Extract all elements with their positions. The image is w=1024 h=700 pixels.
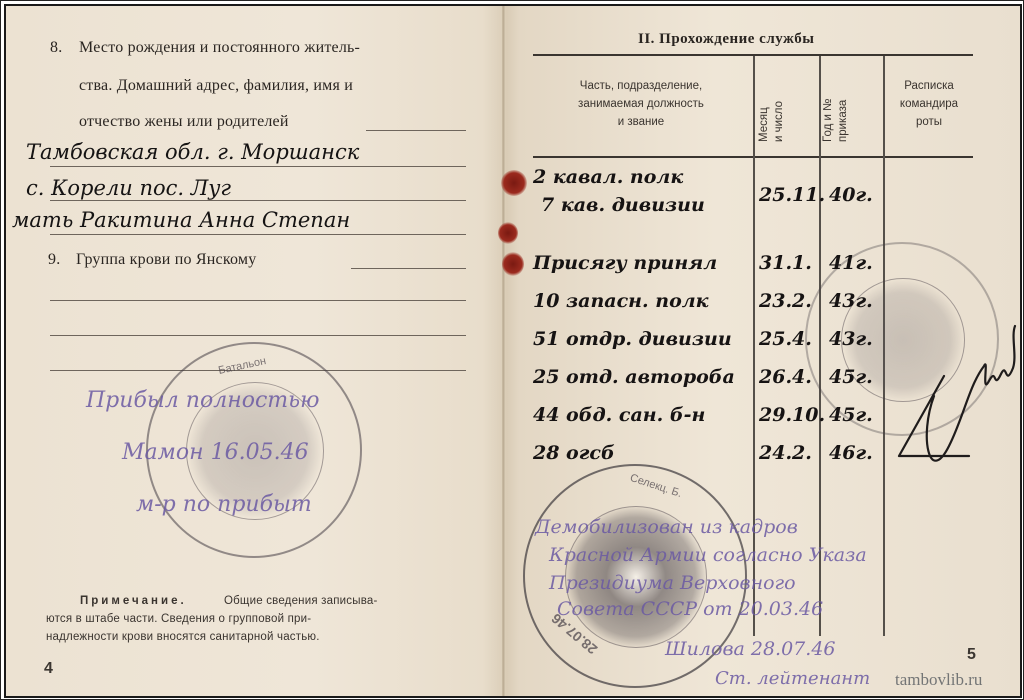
row-month-day: 24.2. <box>759 444 812 463</box>
note-line-1: Общие сведения записыва- <box>224 596 378 608</box>
violet-demob-line-6: Ст. лейтенант <box>715 670 870 688</box>
row-unit: 10 запасн. полк <box>533 292 709 311</box>
field-9-number: 9. <box>48 252 60 268</box>
column-header-unit-line-2: занимаемая должность <box>543 96 739 114</box>
row-unit: 44 обд. сан. б-н <box>533 406 705 425</box>
row-year-order: 45г. <box>829 368 873 387</box>
row-year-order: 45г. <box>829 406 873 425</box>
row-unit: Присягу принял <box>533 254 717 273</box>
note-line-3: надлежности крови вносятся санитарной ча… <box>46 632 320 644</box>
field-8-line-3 <box>50 234 466 235</box>
left-page: 8. Место рождения и постоянного житель- … <box>6 6 503 696</box>
stamp-ring-text: Батальон <box>217 355 267 377</box>
row-month-day: 25.11. <box>759 186 825 205</box>
column-header-unit-line-3: и звание <box>543 114 739 132</box>
right-page: II. Прохождение службы Часть, подразделе… <box>505 6 1020 696</box>
row-month-day: 31.1. <box>759 254 812 273</box>
field-8-line-2 <box>50 200 466 201</box>
row-unit: 28 огсб <box>533 444 615 463</box>
column-header-signature: Расписка командира роты <box>883 78 975 131</box>
violet-annotation-line-3: м-р по прибыт <box>136 494 312 516</box>
note-heading: Примечание. <box>80 596 187 608</box>
handwritten-address-line-2: с. Корели пос. Луг <box>26 178 231 199</box>
row-year-order: 40г. <box>829 186 873 205</box>
column-header-year-order-line-1: Год и № <box>821 99 836 142</box>
handwritten-address-line-1: Тамбовская обл. г. Моршанск <box>26 142 359 163</box>
column-header-unit: Часть, подразделение, занимаемая должнос… <box>543 78 739 131</box>
row-unit: 2 кавал. полк <box>533 168 683 187</box>
column-header-month-day-line-2: и число <box>772 101 787 142</box>
violet-annotation-line-1: Прибыл полностью <box>86 390 319 412</box>
column-header-month-day: Месяц и число <box>757 101 787 142</box>
watermark: tambovlib.ru <box>895 670 982 690</box>
row-unit: 51 отдр. дивизии <box>533 330 732 349</box>
blank-line-2 <box>50 335 466 336</box>
violet-demob-line-1: Демобилизован из кадров <box>535 518 798 537</box>
commander-signature <box>889 296 1019 486</box>
row-year-order: 46г. <box>829 444 873 463</box>
column-header-unit-line-1: Часть, подразделение, <box>543 78 739 96</box>
note-line-2: ются в штабе части. Сведения о групповой… <box>46 614 311 626</box>
image-frame: 8. Место рождения и постоянного житель- … <box>0 0 1024 700</box>
violet-annotation-line-2: Мамон 16.05.46 <box>122 442 309 464</box>
left-page-number: 4 <box>44 660 53 678</box>
row-unit: 25 отд. автороба <box>533 368 735 387</box>
field-8-label-line-3: отчество жены или родителей <box>79 114 289 130</box>
field-8-number: 8. <box>50 40 62 56</box>
field-8-line-1 <box>50 166 466 167</box>
column-header-signature-line-3: роты <box>883 114 975 132</box>
row-month-day: 26.4. <box>759 368 812 387</box>
violet-demob-line-3: Президиума Верховного <box>549 574 796 593</box>
violet-demob-line-4: Совета СССР от 20.03.46 <box>557 600 823 619</box>
field-9-underline <box>351 268 466 269</box>
blank-line-1 <box>50 300 466 301</box>
row-year-order: 41г. <box>829 254 873 273</box>
field-8-label-line-2: ства. Домашний адрес, фамилия, имя и <box>79 78 353 94</box>
column-header-signature-line-1: Расписка <box>883 78 975 96</box>
row-year-order: 43г. <box>829 292 873 311</box>
column-header-month-day-line-1: Месяц <box>757 101 772 142</box>
row-month-day: 25.4. <box>759 330 812 349</box>
row-month-day: 29.10. <box>759 406 825 425</box>
stamp-ring-text: Селекц. Б. <box>628 472 683 500</box>
row-month-day: 23.2. <box>759 292 812 311</box>
violet-demob-line-5: Шилова 28.07.46 <box>665 640 836 659</box>
row-unit: 7 кав. дивизии <box>541 196 705 215</box>
handwritten-address-line-3: мать Ракитина Анна Степан <box>12 210 350 231</box>
column-header-year-order: Год и № приказа <box>821 99 851 142</box>
right-page-number: 5 <box>967 646 976 664</box>
section-title: II. Прохождение службы <box>638 32 814 47</box>
violet-demob-line-2: Красной Армии согласно Указа <box>549 546 867 565</box>
field-8-underline <box>366 130 466 131</box>
field-8-label-line-1: Место рождения и постоянного житель- <box>79 40 360 56</box>
column-header-signature-line-2: командира <box>883 96 975 114</box>
field-9-label: Группа крови по Янскому <box>76 252 256 268</box>
row-year-order: 43г. <box>829 330 873 349</box>
column-header-year-order-line-2: приказа <box>836 99 851 142</box>
military-id-book-spread: 8. Место рождения и постоянного житель- … <box>4 4 1022 698</box>
